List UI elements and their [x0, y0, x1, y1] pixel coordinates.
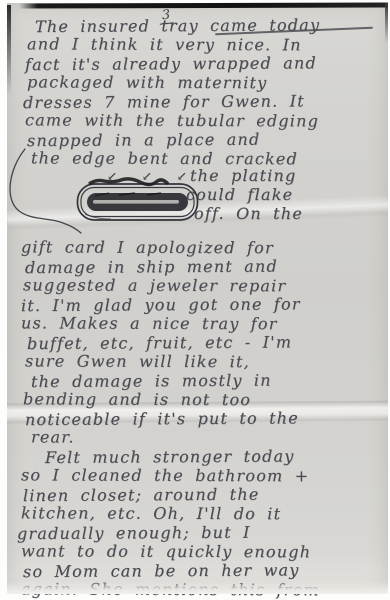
handwritten-line: dresses 7 mine for Gwen. It: [23, 91, 388, 112]
handwritten-line: fact it's already wrapped and: [25, 53, 388, 74]
handwritten-line: suggested a jeweler repair: [23, 275, 388, 295]
handwritten-line: rear.: [31, 427, 388, 447]
handwritten-line: gift card I apologized for: [21, 237, 388, 257]
handwritten-line: the damage is mostly in: [31, 370, 388, 391]
handwritten-line: damage in ship ment and: [25, 256, 388, 277]
handwritten-line: so I cleaned the bathroom +: [21, 465, 388, 485]
handwritten-line: kitchen, etc. Oh, I'll do it: [21, 503, 388, 523]
paper-bottom-edge: [7, 581, 388, 594]
handwritten-line: the plating: [190, 166, 296, 185]
handwritten-line: The insured tray came today: [35, 15, 388, 36]
handwritten-line: packaged with maternity: [27, 72, 388, 92]
handwritten-line: Felt much stronger today: [45, 446, 388, 467]
scan-background: 3 The insured tray came today and I thin…: [0, 0, 390, 600]
handwritten-line: so Mom can be on her way: [23, 560, 388, 581]
letter-page: 3 The insured tray came today and I thin…: [7, 3, 388, 594]
handwritten-line: off. On the: [194, 204, 303, 223]
handwritten-line: came with the tubular edging: [25, 110, 388, 130]
handwritten-line: and I think it very nice. In: [27, 34, 388, 54]
handwritten-line: want to do it quickly enough: [21, 541, 388, 561]
handwritten-line: noticeable if it's put to the: [25, 408, 388, 429]
handwritten-line: buffet, etc, fruit, etc - I'm: [27, 332, 388, 353]
handwritten-line: sure Gwen will like it,: [25, 351, 388, 371]
handwritten-line: gradually enough; but I: [17, 522, 388, 543]
tray-sketch-drawing: [75, 176, 201, 224]
handwritten-line: bending and is not too: [23, 389, 388, 409]
sketch-zone: ↙ ↙ ↙ the plating could flake off. On th…: [7, 168, 388, 238]
handwriting-block: The insured tray came today and I think …: [7, 3, 388, 594]
handwritten-line: linen closet; around the: [23, 484, 388, 505]
handwritten-line: could flake: [186, 185, 293, 204]
handwritten-line: it. I'm glad you got one for: [21, 294, 388, 315]
handwritten-line: us. Makes a nice tray for: [21, 313, 388, 333]
